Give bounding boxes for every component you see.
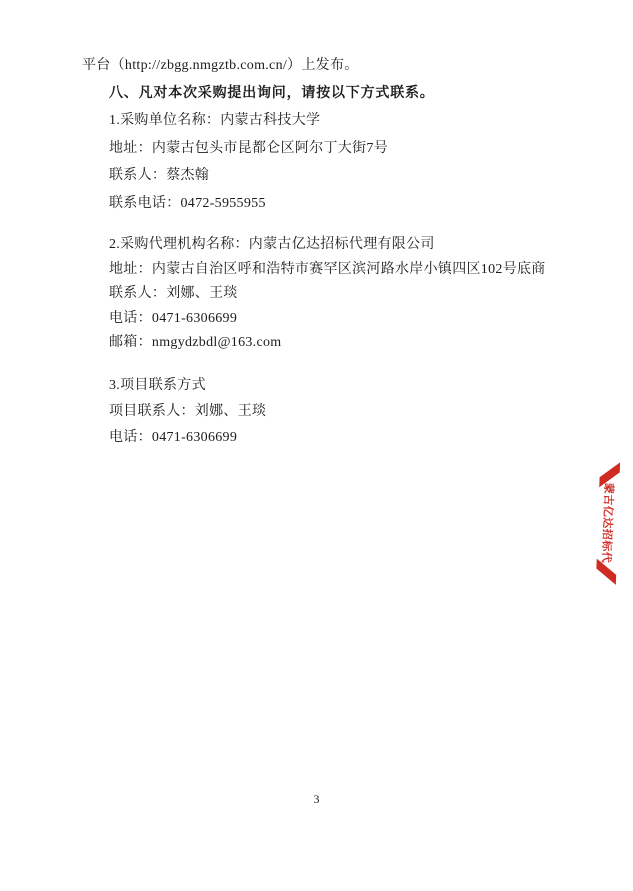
doc-line: 联系人：刘娜、王琰 [82,282,582,307]
seal-text: 蒙古亿达招标代 [599,481,618,564]
document-page: 平台（http://zbgg.nmgztb.com.cn/）上发布。 八、凡对本… [0,0,633,891]
doc-line: 联系电话：0472-5955955 [82,190,582,218]
doc-line: 联系人：蔡杰翰 [82,162,582,190]
doc-line: 地址：内蒙古自治区呼和浩特市赛罕区滨河路水岸小镇四区102号底商 [82,258,582,283]
section-heading: 八、凡对本次采购提出询问，请按以下方式联系。 [82,80,582,108]
doc-line: 项目联系人：刘娜、王琰 [82,399,582,425]
continuation-line: 平台（http://zbgg.nmgztb.com.cn/）上发布。 [82,52,582,80]
agency-section: 2.采购代理机构名称：内蒙古亿达招标代理有限公司 地址：内蒙古自治区呼和浩特市赛… [82,233,582,356]
doc-line: 地址：内蒙古包头市昆都仑区阿尔丁大街7号 [82,135,582,163]
doc-line: 电话：0471-6306699 [82,307,582,332]
doc-line: 2.采购代理机构名称：内蒙古亿达招标代理有限公司 [82,233,582,258]
doc-line: 3.项目联系方式 [82,373,582,399]
red-seal-rotated-strip: 蒙古亿达招标代 [596,467,620,578]
document-body: 平台（http://zbgg.nmgztb.com.cn/）上发布。 八、凡对本… [82,52,582,451]
project-contact-section: 3.项目联系方式 项目联系人：刘娜、王琰 电话：0471-6306699 [82,373,582,451]
page-number: 3 [0,792,633,807]
seal-edge-icon [596,558,616,584]
doc-line: 邮箱：nmgydzbdl@163.com [82,331,582,356]
red-seal-fragment: 蒙古亿达招标代 [583,466,633,580]
doc-line: 电话：0471-6306699 [82,425,582,451]
doc-line: 1.采购单位名称：内蒙古科技大学 [82,107,582,135]
seal-edge-icon [599,462,620,487]
purchaser-section: 1.采购单位名称：内蒙古科技大学 地址：内蒙古包头市昆都仑区阿尔丁大街7号 联系… [82,107,582,217]
